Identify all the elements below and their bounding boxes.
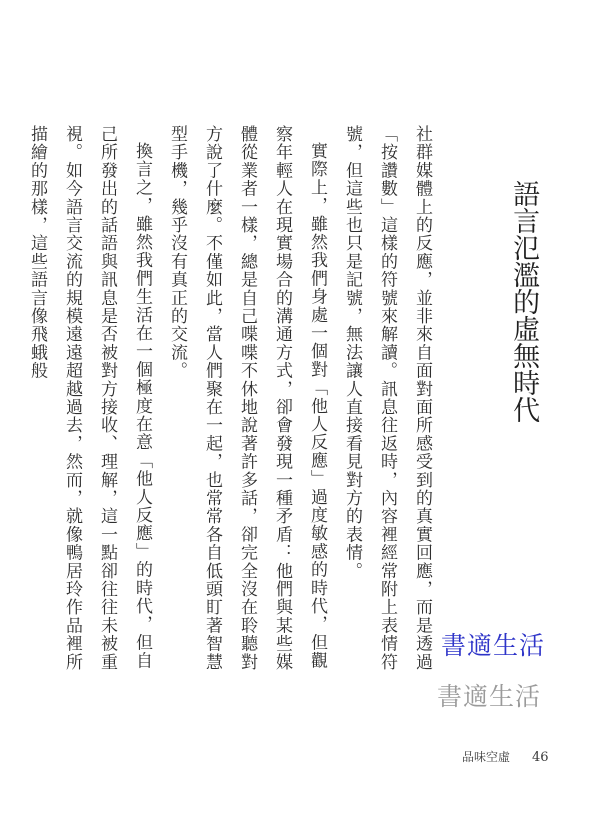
page-number: 46 — [532, 750, 549, 765]
paragraph-3: 換言之，雖然我們生活在一個極度在意「他人反應」的時代，但自己所發出的話語與訊息是… — [19, 125, 159, 685]
paragraph-2: 實際上，雖然我們身處一個對「他人反應」過度敏感的時代，但觀察年輕人在現實場合的溝… — [159, 125, 334, 685]
chapter-title: 語言氾濫的虛無時代 — [508, 180, 538, 423]
watermark-secondary: 書適生活 — [437, 677, 541, 713]
body-text: 社群媒體上的反應，並非來自面對面所感受到的真實回應，而是透過「按讚數」這樣的符號… — [19, 125, 439, 685]
paragraph-1: 社群媒體上的反應，並非來自面對面所感受到的真實回應，而是透過「按讚數」這樣的符號… — [334, 125, 439, 685]
watermark-primary: 書適生活 — [441, 626, 545, 662]
running-title: 品味空虛 — [462, 748, 510, 765]
page-footer: 品味空虛 46 — [462, 748, 549, 765]
book-page: 語言氾濫的虛無時代 社群媒體上的反應，並非來自面對面所感受到的真實回應，而是透過… — [0, 0, 599, 840]
